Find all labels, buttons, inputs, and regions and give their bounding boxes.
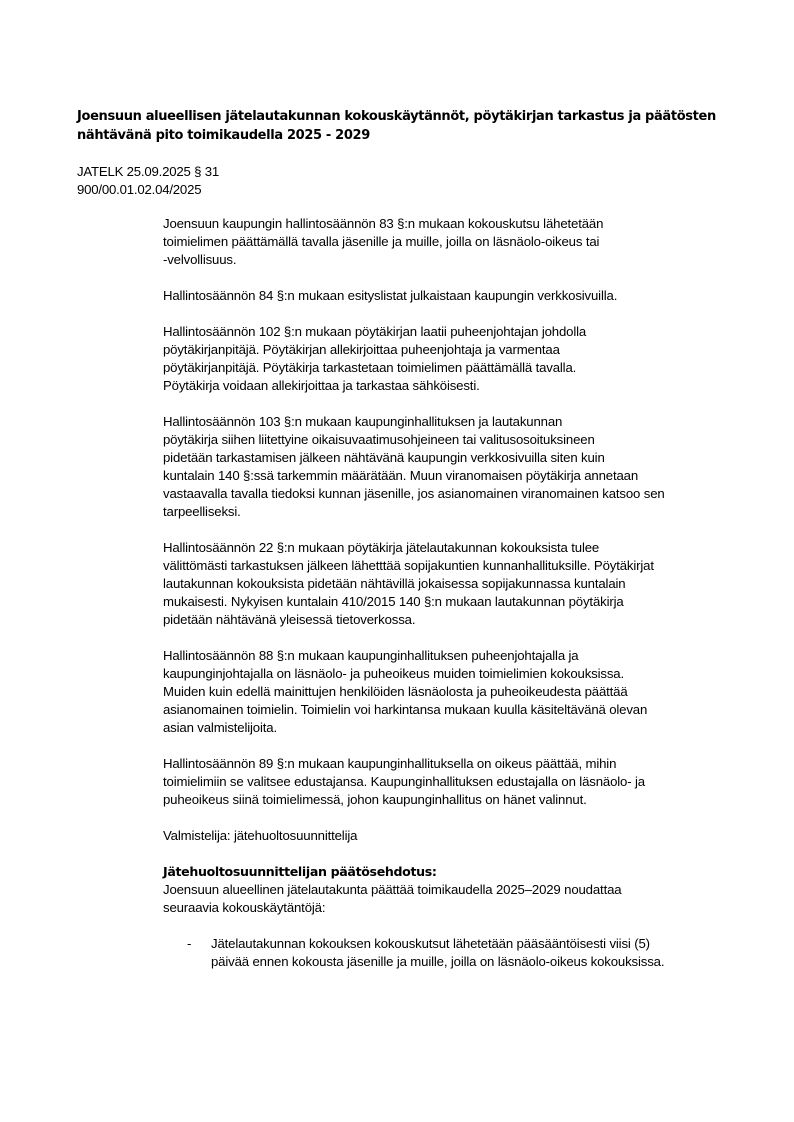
text-line: pöytäkirjanpitäjä. Pöytäkirjan allekirjo… xyxy=(163,341,753,359)
text-line: toimielimiin se valitsee edustajansa. Ka… xyxy=(163,773,753,791)
text-line: Hallintosäännön 102 §:n mukaan pöytäkirj… xyxy=(163,323,753,341)
decision-proposal: Jätehuoltosuunnittelijan päätösehdotus: … xyxy=(163,863,753,917)
text-line: Joensuun alueellinen jätelautakunta päät… xyxy=(163,881,753,899)
text-line: seuraavia kokouskäytäntöjä: xyxy=(163,899,753,917)
text-line: Hallintosäännön 84 §:n mukaan esityslist… xyxy=(163,287,753,305)
dash-bullet-icon: - xyxy=(187,935,191,953)
paragraph-section-102: Hallintosäännön 102 §:n mukaan pöytäkirj… xyxy=(163,323,753,395)
preparer-line: Valmistelija: jätehuoltosuunnittelija xyxy=(163,827,753,845)
text-line: Hallintosäännön 89 §:n mukaan kaupunginh… xyxy=(163,755,753,773)
text-line: mukaisesti. Nykyisen kuntalain 410/2015 … xyxy=(163,593,753,611)
text-line: Valmistelija: jätehuoltosuunnittelija xyxy=(163,827,753,845)
paragraph-section-22: Hallintosäännön 22 §:n mukaan pöytäkirja… xyxy=(163,539,753,629)
text-line: kaupunginjohtajalla on läsnäolo- ja puhe… xyxy=(163,665,753,683)
text-line: Hallintosäännön 88 §:n mukaan kaupunginh… xyxy=(163,647,753,665)
list-item: - Jätelautakunnan kokouksen kokouskutsut… xyxy=(163,935,753,971)
document-title: Joensuun alueellisen jätelautakunnan kok… xyxy=(77,107,757,145)
text-line: puheoikeus siinä toimielimessä, johon ka… xyxy=(163,791,753,809)
text-line: lautakunnan kokouksista pidetään nähtävi… xyxy=(163,575,753,593)
text-line: välittömästi tarkastuksen jälkeen lähett… xyxy=(163,557,753,575)
text-line: asian valmistelijoita. xyxy=(163,719,753,737)
paragraph-section-84: Hallintosäännön 84 §:n mukaan esityslist… xyxy=(163,287,753,305)
title-line: Joensuun alueellisen jätelautakunnan kok… xyxy=(77,107,757,126)
text-line: päivää ennen kokousta jäsenille ja muill… xyxy=(211,953,753,971)
text-line: Jätelautakunnan kokouksen kokouskutsut l… xyxy=(211,935,753,953)
text-line: pidetään tarkastamisen jälkeen nähtävänä… xyxy=(163,449,753,467)
proposal-heading: Jätehuoltosuunnittelijan päätösehdotus: xyxy=(163,863,753,881)
proposal-bullet-list: - Jätelautakunnan kokouksen kokouskutsut… xyxy=(163,935,753,971)
text-line: -velvollisuus. xyxy=(163,251,753,269)
text-line: Muiden kuin edellä mainittujen henkilöid… xyxy=(163,683,753,701)
paragraph-section-83: Joensuun kaupungin hallintosäännön 83 §:… xyxy=(163,215,753,269)
document-body: Joensuun kaupungin hallintosäännön 83 §:… xyxy=(163,215,753,971)
paragraph-section-103: Hallintosäännön 103 §:n mukaan kaupungin… xyxy=(163,413,753,521)
text-line: Hallintosäännön 103 §:n mukaan kaupungin… xyxy=(163,413,753,431)
title-line: nähtävänä pito toimikaudella 2025 - 2029 xyxy=(77,126,757,145)
text-line: Pöytäkirja voidaan allekirjoittaa ja tar… xyxy=(163,377,753,395)
text-line: pöytäkirja siihen liitettyine oikaisuvaa… xyxy=(163,431,753,449)
document-meta: JATELK 25.09.2025 § 31 900/00.01.02.04/2… xyxy=(77,163,219,199)
text-line: pöytäkirjanpitäjä. Pöytäkirja tarkasteta… xyxy=(163,359,753,377)
text-line: asianomainen toimielin. Toimielin voi ha… xyxy=(163,701,753,719)
text-line: Joensuun kaupungin hallintosäännön 83 §:… xyxy=(163,215,753,233)
text-line: pidetään nähtävänä yleisessä tietoverkos… xyxy=(163,611,753,629)
text-line: tarpeelliseksi. xyxy=(163,503,753,521)
paragraph-section-88: Hallintosäännön 88 §:n mukaan kaupunginh… xyxy=(163,647,753,737)
meeting-reference: JATELK 25.09.2025 § 31 xyxy=(77,163,219,181)
text-line: toimielimen päättämällä tavalla jäsenill… xyxy=(163,233,753,251)
text-line: vastaavalla tavalla tiedoksi kunnan jäse… xyxy=(163,485,753,503)
text-line: kuntalain 140 §:ssä tarkemmin määrätään.… xyxy=(163,467,753,485)
document-page: Joensuun alueellisen jätelautakunnan kok… xyxy=(0,0,794,1122)
paragraph-section-89: Hallintosäännön 89 §:n mukaan kaupunginh… xyxy=(163,755,753,809)
case-number: 900/00.01.02.04/2025 xyxy=(77,181,219,199)
text-line: Hallintosäännön 22 §:n mukaan pöytäkirja… xyxy=(163,539,753,557)
